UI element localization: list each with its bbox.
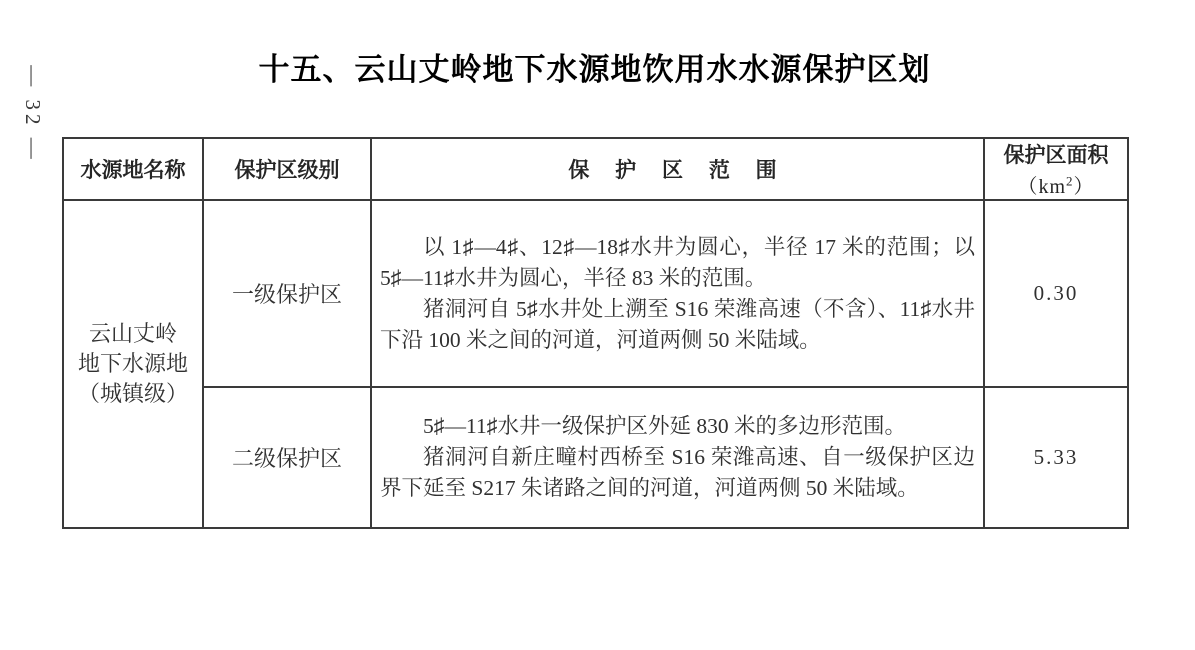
header-protection-area: 保护区面积 （km2） [984,138,1128,200]
table-row-secondary-zone: 二级保护区 5♯—11♯水井一级保护区外延 830 米的多边形范围。 猪洞河自新… [63,387,1128,528]
cell-source-name: 云山丈岭 地下水源地 （城镇级） [63,200,203,528]
cell-scope-secondary: 5♯—11♯水井一级保护区外延 830 米的多边形范围。 猪洞河自新庄疃村西桥至… [371,387,984,528]
scope-paragraph: 猪洞河自 5♯水井处上溯至 S16 荣潍高速（不含）、11♯水井下沿 100 米… [380,294,975,356]
header-area-label: 保护区面积 [985,139,1127,169]
table-row-primary-zone: 云山丈岭 地下水源地 （城镇级） 一级保护区 以 1♯—4♯、12♯—18♯水井… [63,200,1128,387]
header-protection-scope: 保 护 区 范 围 [371,138,984,200]
cell-area-secondary: 5.33 [984,387,1128,528]
margin-page-number: — 32 — [19,43,45,185]
cell-level-secondary: 二级保护区 [203,387,371,528]
header-source-name: 水源地名称 [63,138,203,200]
scope-paragraph: 以 1♯—4♯、12♯—18♯水井为圆心，半径 17 米的范围；以 5♯—11♯… [380,232,975,294]
source-name-line1: 云山丈岭 [64,319,202,349]
scope-paragraph: 5♯—11♯水井一级保护区外延 830 米的多边形范围。 [380,411,975,442]
table-header-row: 水源地名称 保护区级别 保 护 区 范 围 保护区面积 （km2） [63,138,1128,200]
header-area-unit: （km2） [985,170,1127,199]
source-name-line2: 地下水源地 [64,349,202,379]
page-title: 十五、云山丈岭地下水源地饮用水水源保护区划 [62,44,1127,89]
document-page: — 32 — 十五、云山丈岭地下水源地饮用水水源保护区划 水源地名称 保护区级别… [0,0,1195,650]
cell-area-primary: 0.30 [984,200,1128,387]
cell-level-primary: 一级保护区 [203,200,371,387]
cell-scope-primary: 以 1♯—4♯、12♯—18♯水井为圆心，半径 17 米的范围；以 5♯—11♯… [371,200,984,387]
header-protection-level: 保护区级别 [203,138,371,200]
scope-paragraph: 猪洞河自新庄疃村西桥至 S16 荣潍高速、自一级保护区边界下延至 S217 朱诸… [380,442,975,504]
source-name-line3: （城镇级） [64,379,202,409]
protection-zone-table: 水源地名称 保护区级别 保 护 区 范 围 保护区面积 （km2） 云山丈岭 地… [62,137,1129,529]
